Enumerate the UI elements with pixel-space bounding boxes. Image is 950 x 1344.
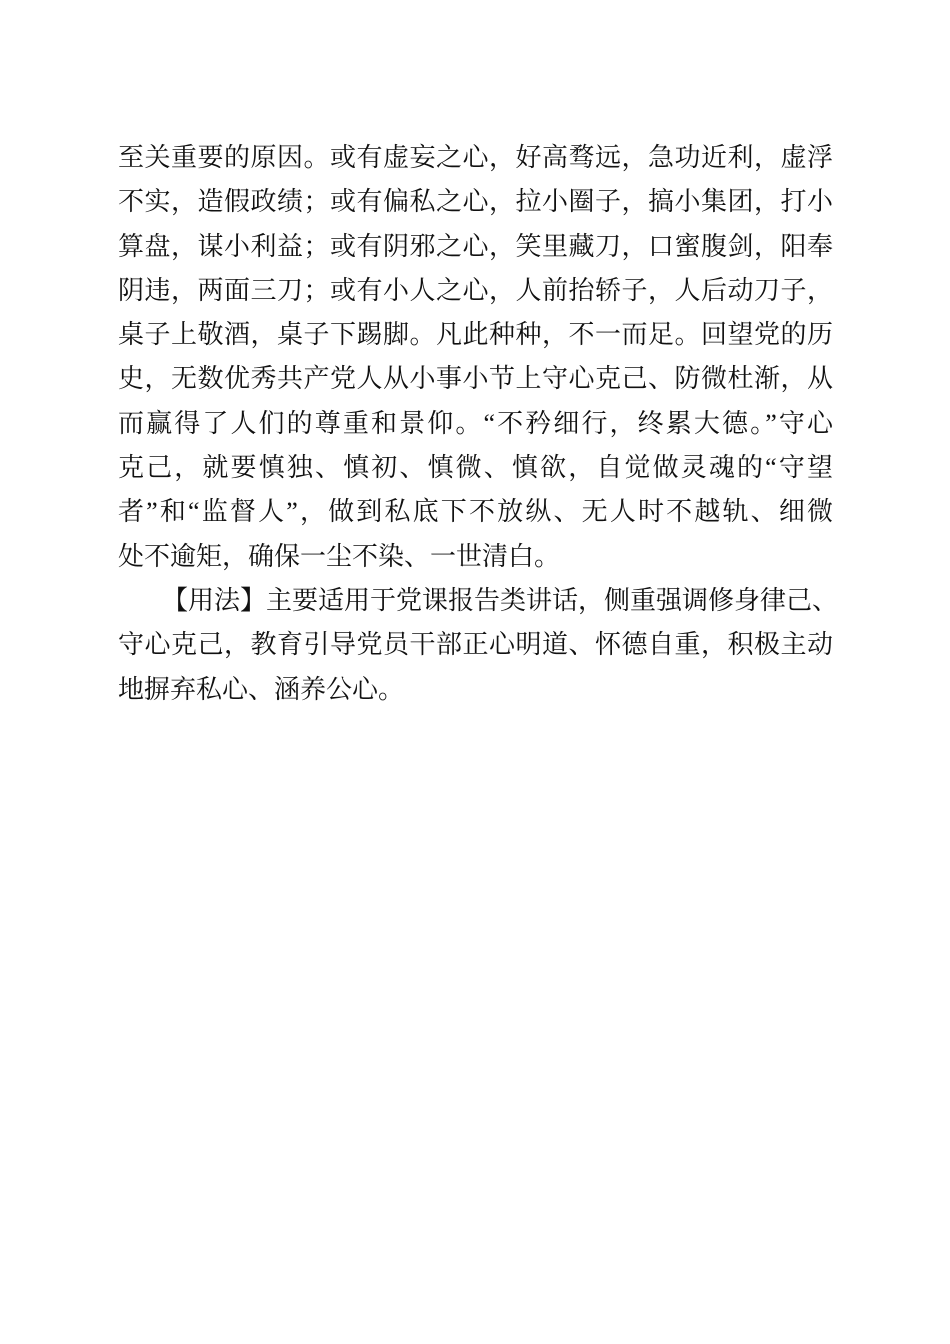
- text-line: 至关重要的原因。或有虚妄之心，好高骛远，急功近利，虚浮: [118, 136, 833, 180]
- document-text-block: 至关重要的原因。或有虚妄之心，好高骛远，急功近利，虚浮 不实，造假政绩；或有偏私…: [118, 136, 833, 712]
- text-line: 者”和“监督人”，做到私底下不放纵、无人时不越轨、细微: [118, 490, 833, 534]
- text-line: 守心克己，教育引导党员干部正心明道、怀德自重，积极主动: [118, 623, 833, 667]
- text-line: 桌子上敬酒，桌子下踢脚。凡此种种，不一而足。回望党的历: [118, 313, 833, 357]
- text-line-usage-heading: 【用法】主要适用于党课报告类讲话，侧重强调修身律己、: [118, 579, 833, 623]
- document-page: 至关重要的原因。或有虚妄之心，好高骛远，急功近利，虚浮 不实，造假政绩；或有偏私…: [0, 0, 950, 1344]
- text-line: 处不逾矩，确保一尘不染、一世清白。: [118, 535, 833, 579]
- text-line: 克己，就要慎独、慎初、慎微、慎欲，自觉做灵魂的“守望: [118, 446, 833, 490]
- text-line: 阴违，两面三刀；或有小人之心，人前抬轿子，人后动刀子，: [118, 269, 833, 313]
- text-line: 而赢得了人们的尊重和景仰。“不矜细行，终累大德。”守心: [118, 402, 833, 446]
- text-line: 史，无数优秀共产党人从小事小节上守心克己、防微杜渐，从: [118, 357, 833, 401]
- text-line: 算盘，谋小利益；或有阴邪之心，笑里藏刀，口蜜腹剑，阳奉: [118, 225, 833, 269]
- text-line: 不实，造假政绩；或有偏私之心，拉小圈子，搞小集团，打小: [118, 180, 833, 224]
- text-line: 地摒弃私心、涵养公心。: [118, 668, 833, 712]
